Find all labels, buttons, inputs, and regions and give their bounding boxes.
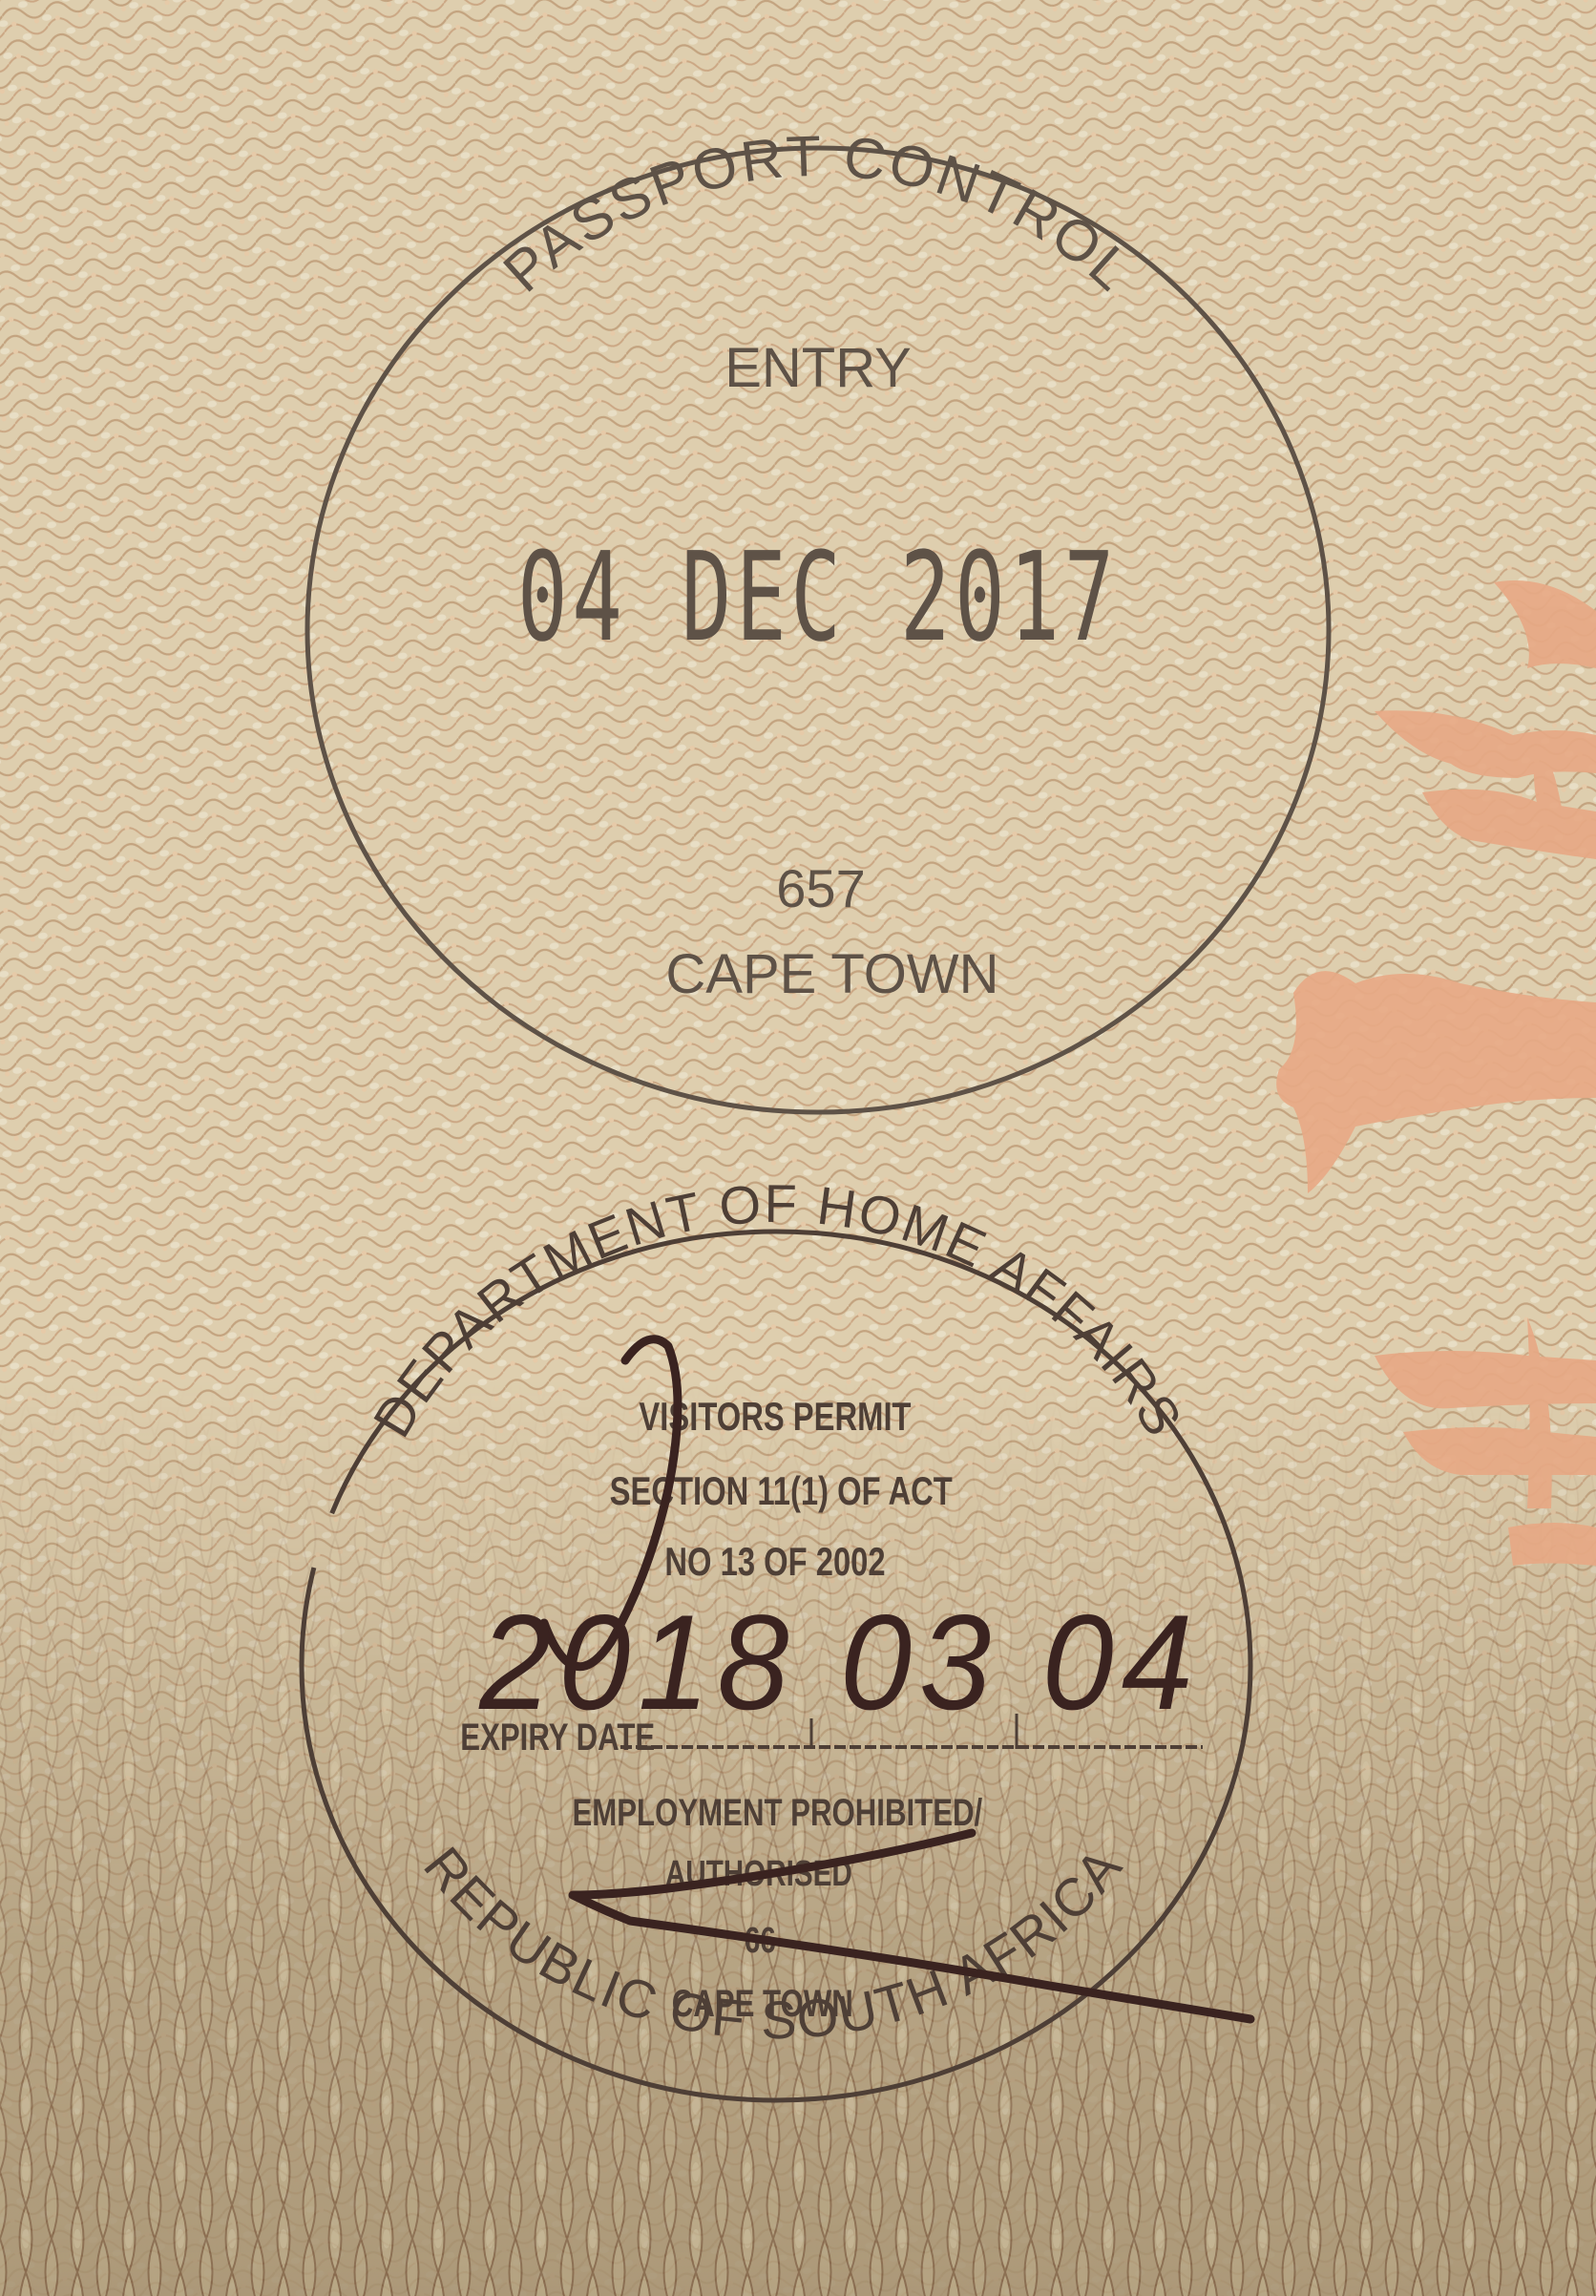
permit-port: CAPE TOWN [672, 1982, 853, 2025]
handwritten-expiry-date: 2018 03 04 [478, 1588, 1201, 1738]
permit-employment-text: EMPLOYMENT PROHIBITED/ [572, 1791, 982, 1834]
permit-line-3: NO 13 OF 2002 [664, 1539, 885, 1584]
visitor-permit-stamp: DEPARTMENT OF HOME AFFAIRS REPUBLIC OF S… [0, 0, 1596, 2296]
passport-page: PASSPORT CONTROL ENTRY 04 DEC 2017 657 C… [0, 0, 1596, 2296]
